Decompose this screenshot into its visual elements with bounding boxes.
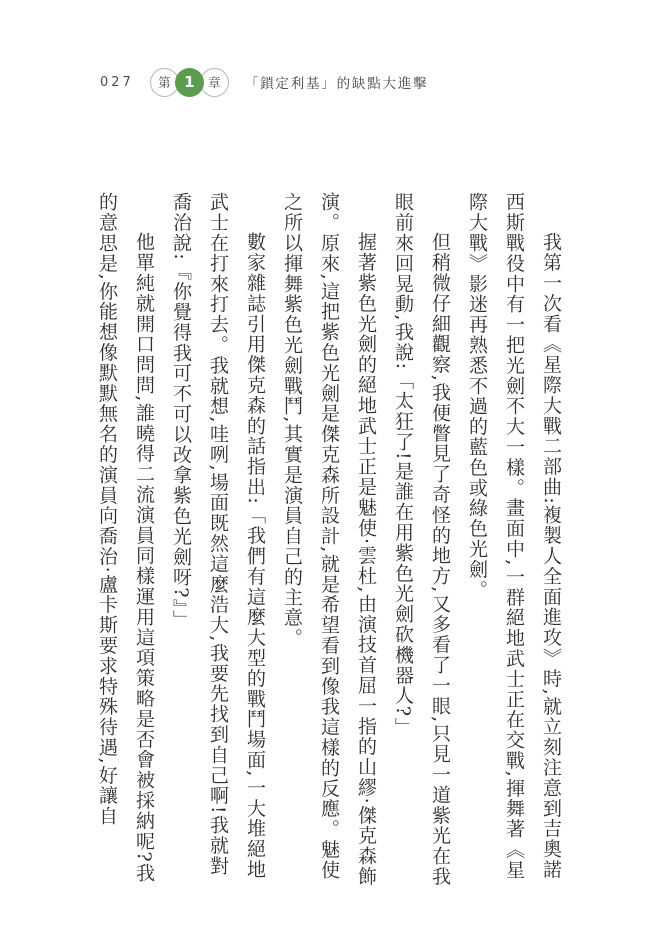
chapter-title: 「鎖定利基」的缺點大進擊	[245, 72, 429, 92]
page-header: 027 第 1 章 「鎖定利基」的缺點大進擊	[100, 66, 428, 98]
paragraph-1: 我第一次看《星際大戰二部曲:複製人全面進攻》時,就立刻注意到吉奧諾西斯戰役中有一…	[458, 192, 569, 892]
chapter-number-circle: 1	[175, 68, 204, 97]
paragraph-3: 握著紫色光劍的絕地武士正是魅使‧雲杜,由演技首屈一指的山繆‧傑克森飾演。原來,這…	[273, 192, 384, 892]
paragraph-2: 但稍微仔細觀察,我便瞥見了奇怪的地方,又多看了一眼,只見一道紫光在我眼前來回晃動…	[384, 192, 458, 892]
paragraph-5: 他單純就開口問問,誰曉得二流演員同樣運用這項策略是否會被採納呢?我的意思是,你能…	[88, 192, 162, 892]
book-page: 027 第 1 章 「鎖定利基」的缺點大進擊 我第一次看《星際大戰二部曲:複製人…	[0, 0, 663, 932]
paragraph-4: 數家雜誌引用傑克森的話指出:「我們有這麼大型的戰鬥場面,一大堆絕地武士在打來打去…	[162, 192, 273, 892]
chapter-badge: 第 1 章	[150, 68, 229, 97]
page-number: 027	[100, 75, 134, 90]
chapter-suffix-circle: 章	[200, 68, 229, 97]
body-text: 我第一次看《星際大戰二部曲:複製人全面進攻》時,就立刻注意到吉奧諾西斯戰役中有一…	[87, 192, 569, 892]
